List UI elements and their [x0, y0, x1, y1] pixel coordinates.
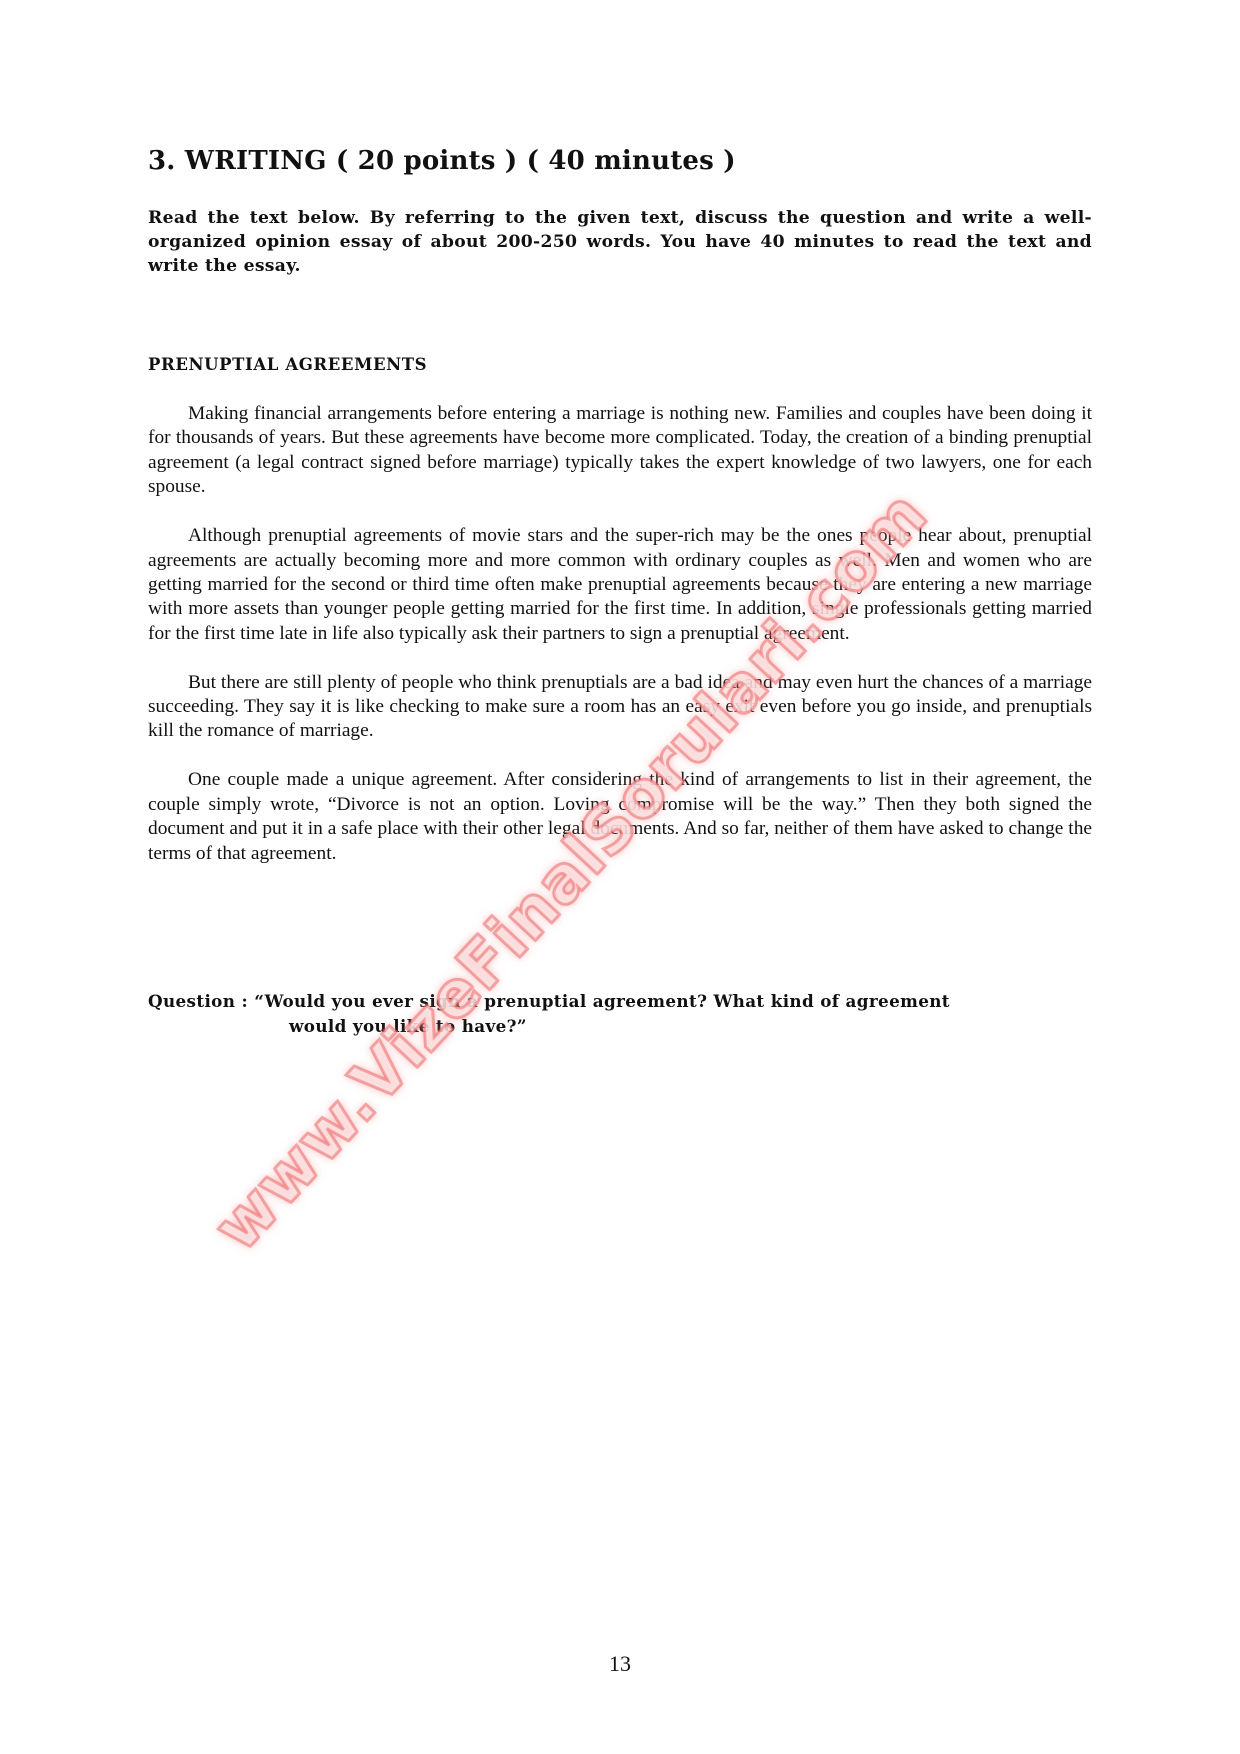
task-instructions: Read the text below. By referring to the… — [148, 206, 1092, 278]
section-title: 3. WRITING ( 20 points ) ( 40 minutes ) — [148, 146, 736, 176]
passage-paragraph: Although prenuptial agreements of movie … — [148, 524, 1092, 646]
passage-paragraph: One couple made a unique agreement. Afte… — [148, 768, 1092, 866]
passage-paragraph: Making financial arrangements before ent… — [148, 402, 1092, 500]
reading-passage: Making financial arrangements before ent… — [148, 402, 1092, 891]
passage-paragraph: But there are still plenty of people who… — [148, 671, 1092, 744]
question-text-line-1: “Would you ever sign a prenuptial agreem… — [254, 991, 950, 1011]
page-number: 13 — [148, 1651, 1092, 1677]
passage-title: PRENUPTIAL AGREEMENTS — [148, 355, 427, 374]
essay-question: Question : “Would you ever sign a prenup… — [148, 989, 1092, 1039]
document-page: 3. WRITING ( 20 points ) ( 40 minutes ) … — [148, 0, 1092, 1754]
question-text-line-2: would you like to have?” — [148, 1014, 1092, 1039]
question-label: Question : — [148, 991, 254, 1011]
